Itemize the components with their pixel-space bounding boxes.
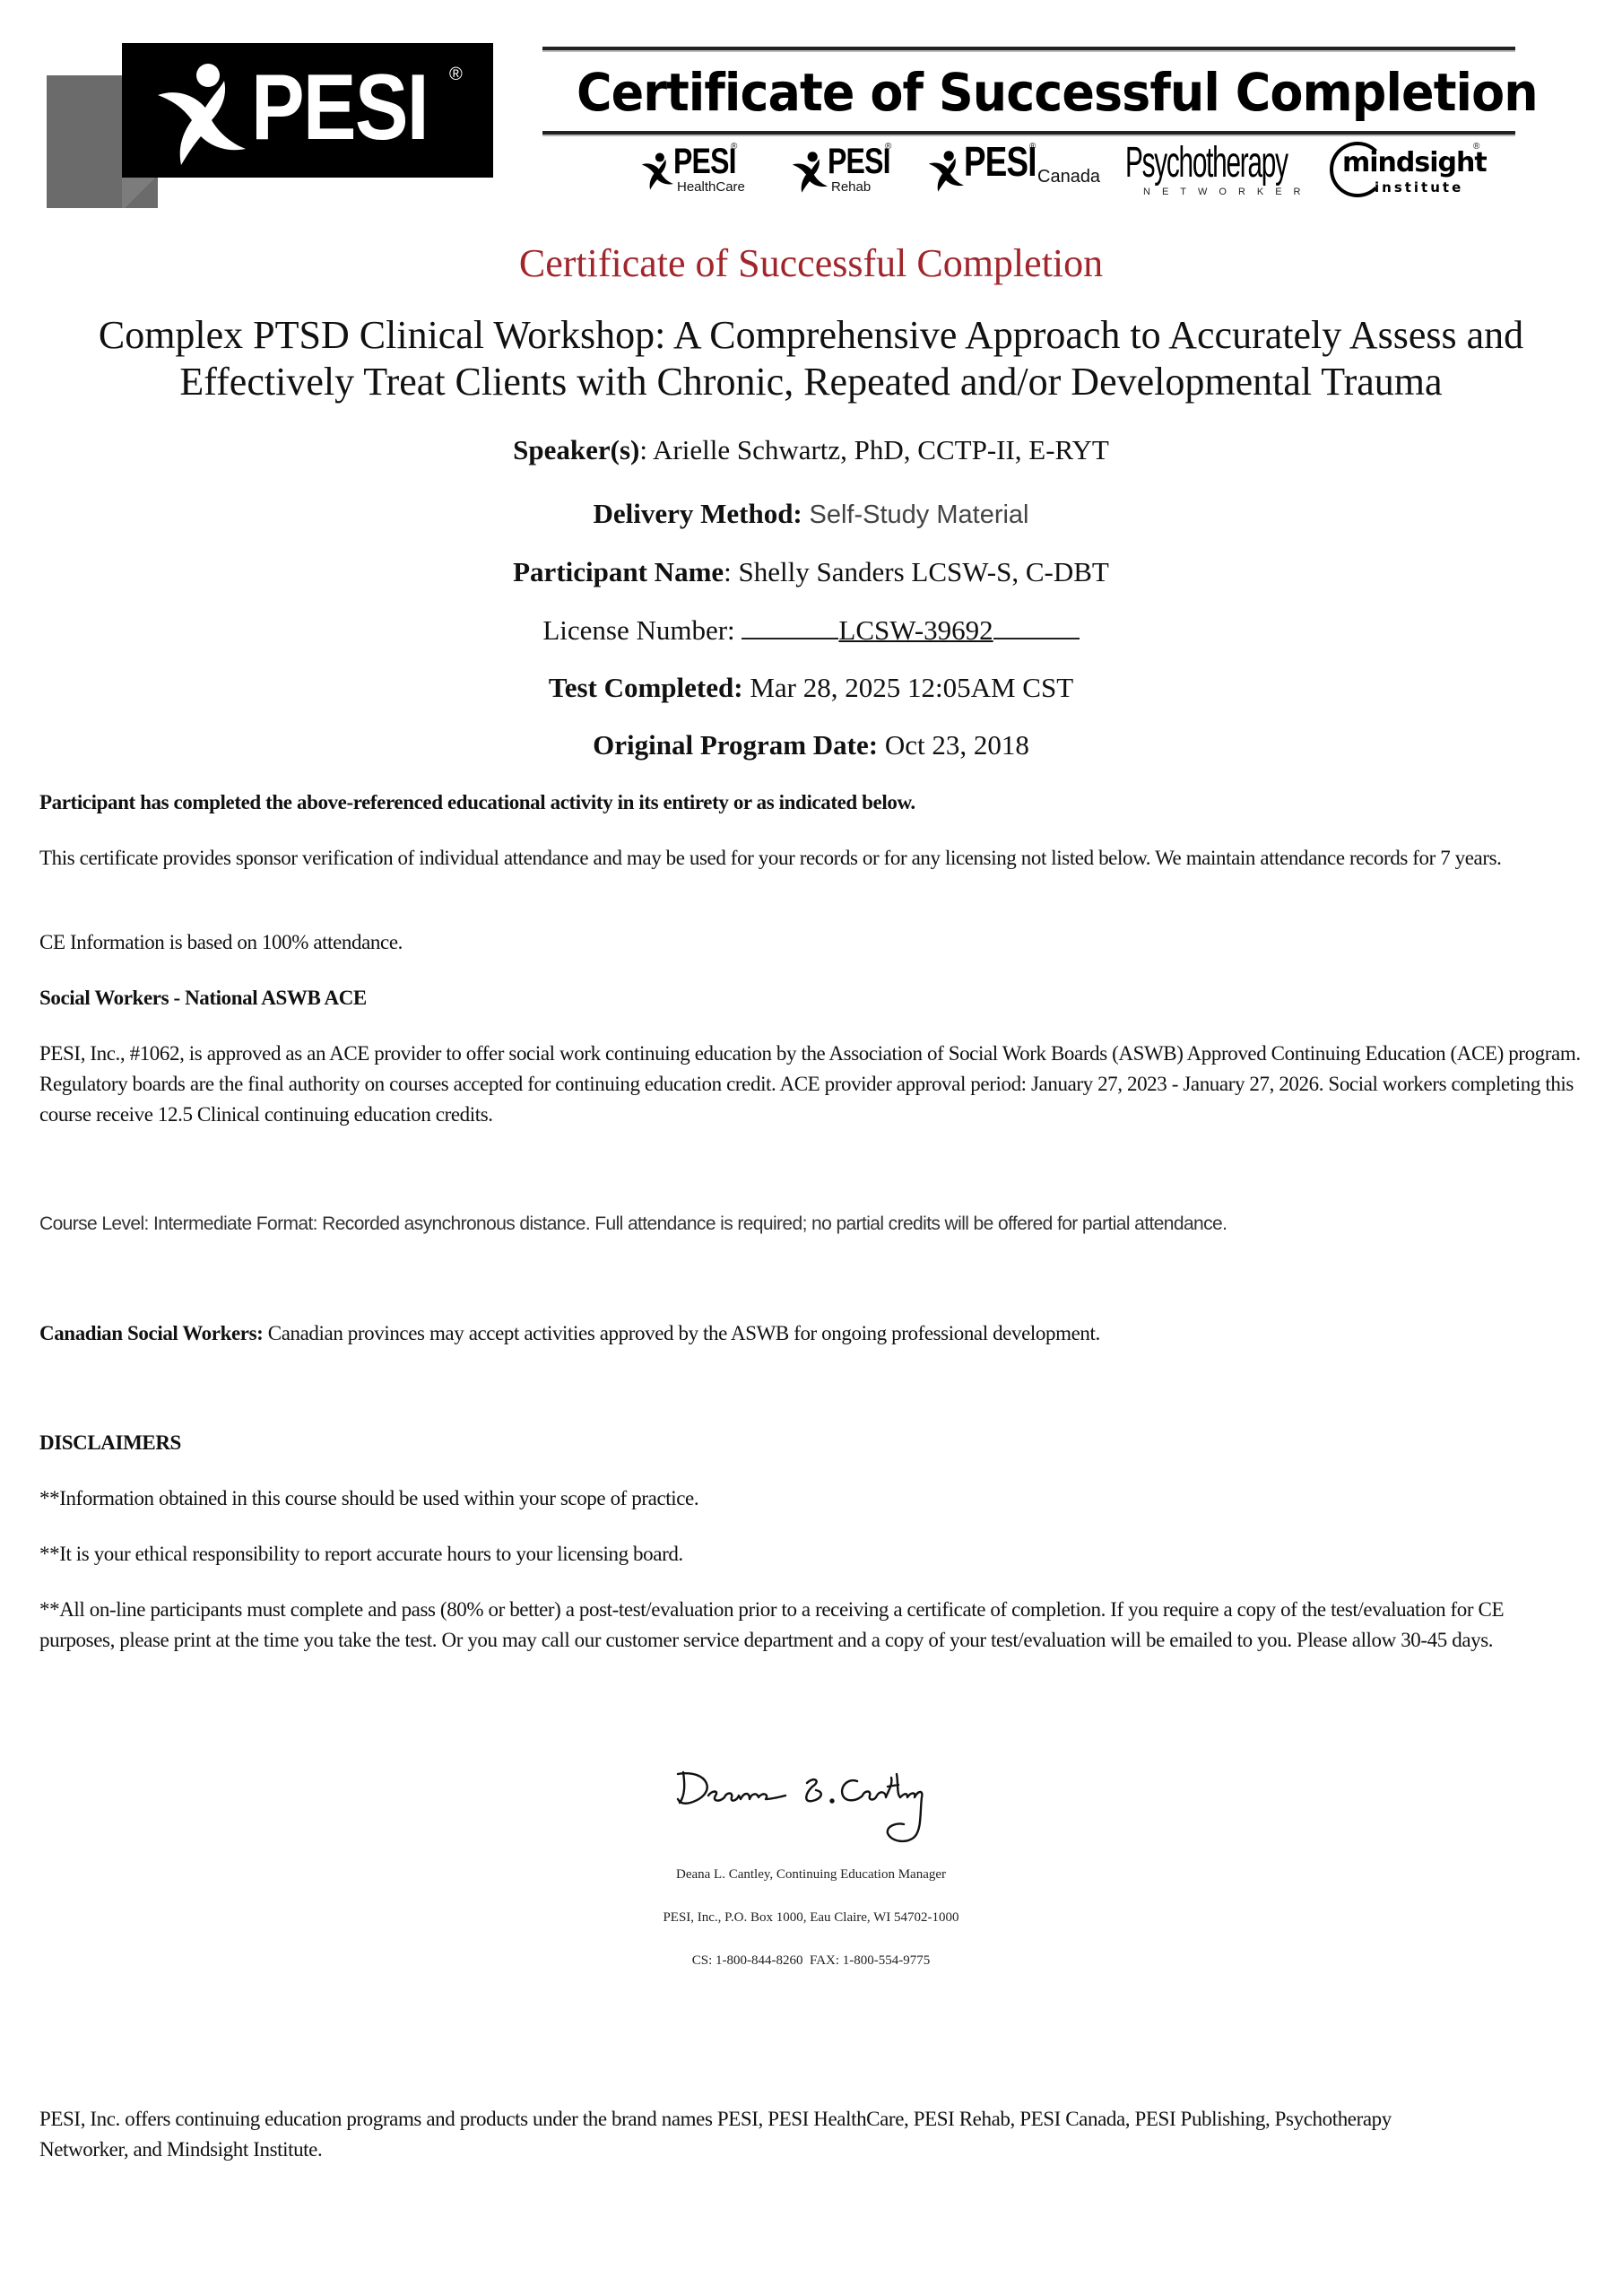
test-completed-label: Test Completed: xyxy=(549,672,743,703)
speaker-row: Speaker(s): Arielle Schwartz, PhD, CCTP-… xyxy=(0,432,1622,468)
disclaimer-item: **All on-line participants must complete… xyxy=(39,1595,1582,1656)
participant-row: Participant Name: Shelly Sanders LCSW-S,… xyxy=(0,554,1622,590)
original-date-label: Original Program Date: xyxy=(593,729,878,761)
pesi-figure-icon xyxy=(156,61,246,167)
speaker-label: Speaker(s) xyxy=(513,434,639,465)
license-underline-right xyxy=(993,613,1080,639)
signer-name: Deana L. Cantley, Continuing Education M… xyxy=(0,1867,1622,1883)
completion-statement: Participant has completed the above-refe… xyxy=(39,787,1582,818)
original-date-value: Oct 23, 2018 xyxy=(885,729,1029,761)
license-label: License Number: xyxy=(542,614,734,646)
brand-pesi-canada: PESI ® Canada xyxy=(928,140,1107,203)
canadian-body: Canadian provinces may accept activities… xyxy=(268,1322,1100,1344)
original-date-row: Original Program Date: Oct 23, 2018 xyxy=(0,727,1622,763)
registered-mark: ® xyxy=(449,65,463,85)
test-completed-value: Mar 28, 2025 12:05AM CST xyxy=(750,672,1073,703)
banner-rule-bottom xyxy=(542,131,1515,135)
social-workers-heading: Social Workers - National ASWB ACE xyxy=(39,983,1582,1013)
canadian-social-workers: Canadian Social Workers: Canadian provin… xyxy=(39,1318,1582,1349)
pesi-figure-icon xyxy=(928,145,964,197)
brand-mindsight-institute: mindsight ® institute xyxy=(1330,140,1491,203)
verification-paragraph: This certificate provides sponsor verifi… xyxy=(39,843,1582,874)
disclaimer-item: **Information obtained in this course sh… xyxy=(39,1483,1582,1514)
pesi-figure-icon xyxy=(641,145,673,197)
canadian-label: Canadian Social Workers: xyxy=(39,1322,263,1344)
banner-rule-top xyxy=(542,47,1515,50)
delivery-row: Delivery Method: Self-Study Material xyxy=(0,496,1622,533)
license-underline-left xyxy=(742,613,838,639)
participant-value: Shelly Sanders LCSW-S, C-DBT xyxy=(739,556,1109,587)
signature-image xyxy=(672,1767,959,1848)
banner-title: Certificate of Successful Completion xyxy=(577,57,1481,127)
license-row: License Number: LCSW-39692 xyxy=(0,613,1622,648)
logo-wordmark: PESI xyxy=(251,57,428,158)
social-workers-paragraph: PESI, Inc., #1062, is approved as an ACE… xyxy=(39,1039,1582,1130)
pesi-logo: PESI ® xyxy=(47,43,504,213)
participant-label: Participant Name xyxy=(513,556,724,587)
logo-fold xyxy=(122,178,158,208)
pesi-figure-icon xyxy=(792,145,828,199)
disclaimers-heading: DISCLAIMERS xyxy=(39,1428,1582,1458)
speaker-value: Arielle Schwartz, PhD, CCTP-II, E-RYT xyxy=(653,434,1109,465)
delivery-label: Delivery Method: xyxy=(593,498,802,529)
brand-pesi-healthcare: PESI ® HealthCare xyxy=(641,140,776,203)
ce-info: CE Information is based on 100% attendan… xyxy=(39,927,1582,958)
brand-logos: PESI ® HealthCare PESI ® Rehab PESI ® Ca… xyxy=(587,140,1484,203)
brands-statement: PESI, Inc. offers continuing education p… xyxy=(39,2104,1438,2165)
brand-pesi-rehab: PESI ® Rehab xyxy=(792,140,908,203)
test-completed-row: Test Completed: Mar 28, 2025 12:05AM CST xyxy=(0,670,1622,706)
course-level: Course Level: Intermediate Format: Recor… xyxy=(39,1209,1582,1239)
header-banner: Certificate of Successful Completion PES… xyxy=(542,47,1515,208)
course-title: Complex PTSD Clinical Workshop: A Compre… xyxy=(81,312,1541,405)
company-address: PESI, Inc., P.O. Box 1000, Eau Claire, W… xyxy=(0,1910,1622,1926)
disclaimer-item: **It is your ethical responsibility to r… xyxy=(39,1539,1582,1570)
contact-phones: CS: 1-800-844-8260 FAX: 1-800-554-9775 xyxy=(0,1953,1622,1969)
delivery-value: Self-Study Material xyxy=(810,500,1029,529)
license-value: LCSW-39692 xyxy=(838,614,993,646)
logo-black-box: PESI ® xyxy=(122,43,493,178)
brand-psychotherapy-networker: Psychotherapy NETWORKER xyxy=(1125,140,1305,203)
certificate-title: Certificate of Successful Completion xyxy=(0,239,1622,289)
